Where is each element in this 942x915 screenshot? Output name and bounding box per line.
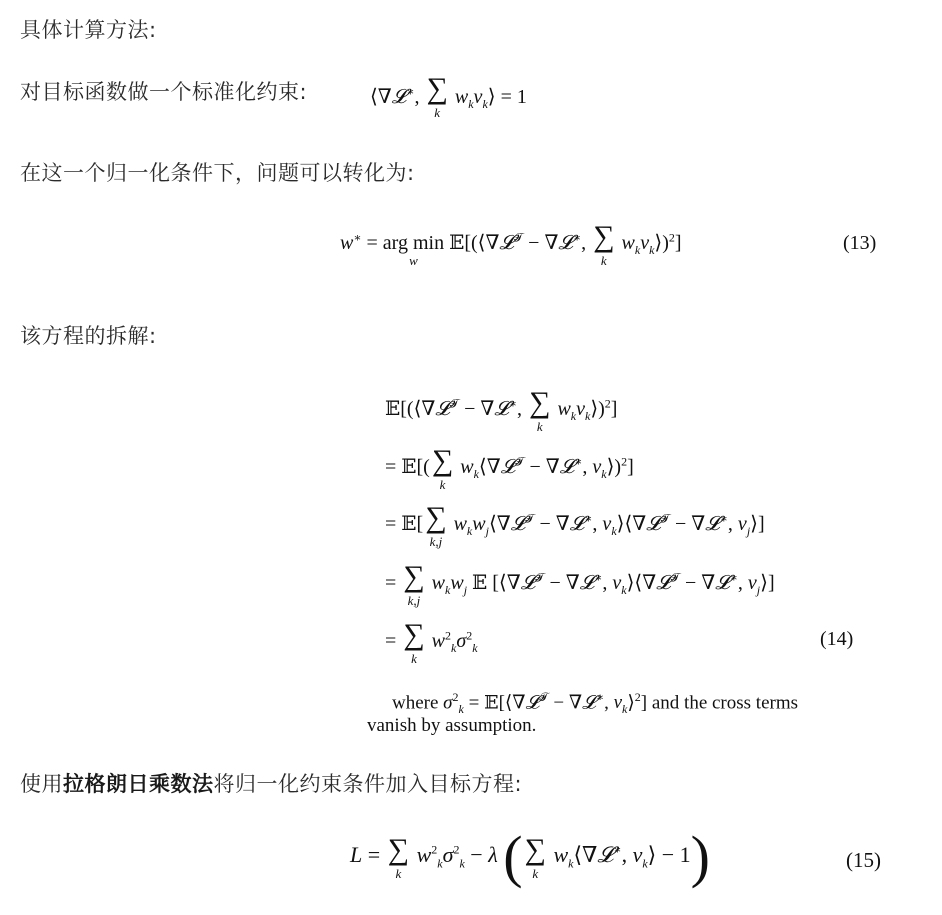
- lagrange-bold-term: 拉格朗日乘数法: [63, 772, 214, 796]
- lagrange-text: 使用拉格朗日乘数法将归一化约束条件加入目标方程:: [20, 768, 522, 798]
- constraint-label: 对目标函数做一个标准化约束:: [20, 76, 307, 106]
- equation-14-line-4: = ∑k,j wkwj 𝔼 [⟨∇𝓛𝒯 − ∇𝓛∗, vk⟩⟨∇𝓛𝒯 − ∇𝓛∗…: [385, 562, 775, 607]
- equation-14-note-line-1: where σ2k = 𝔼[⟨∇𝓛𝒯 − ∇𝓛∗, vk⟩2] and the …: [392, 690, 798, 717]
- equation-number-15: (15): [846, 848, 881, 873]
- lagrange-prefix: 使用: [20, 772, 63, 796]
- decompose-label: 该方程的拆解:: [20, 320, 157, 350]
- normalization-text: 在这一个归一化条件下，问题可以转化为:: [20, 157, 415, 187]
- equation-number-14: (14): [820, 628, 853, 651]
- equation-14-line-2: = 𝔼[(∑k wk⟨∇𝓛𝒯 − ∇𝓛∗, vk⟩)2]: [385, 446, 634, 491]
- constraint-formula: ⟨∇𝓛∗, ∑k wkvk⟩ = 1: [370, 74, 527, 119]
- equation-14-line-3: = 𝔼[∑k,j wkwj⟨∇𝓛𝒯 − ∇𝓛∗, vk⟩⟨∇𝓛𝒯 − ∇𝓛∗, …: [385, 503, 765, 548]
- equation-number-13: (13): [843, 232, 876, 255]
- section-heading: 具体计算方法:: [20, 14, 157, 44]
- equation-14-note-line-2: vanish by assumption.: [367, 715, 536, 737]
- equation-14-line-1: 𝔼[(⟨∇𝓛𝒯 − ∇𝓛∗, ∑k wkvk⟩)2]: [385, 388, 617, 433]
- equation-13: w∗ = arg minw 𝔼[(⟨∇𝓛𝒯 − ∇𝓛∗, ∑k wkvk⟩)2]: [340, 222, 682, 268]
- equation-14-line-5: = ∑k w2kσ2k: [385, 620, 478, 665]
- lagrange-suffix: 将归一化约束条件加入目标方程:: [214, 772, 523, 796]
- equation-15: L = ∑k w2kσ2k − λ (∑k wk⟨∇𝓛∗, vk⟩ − 1): [350, 828, 710, 886]
